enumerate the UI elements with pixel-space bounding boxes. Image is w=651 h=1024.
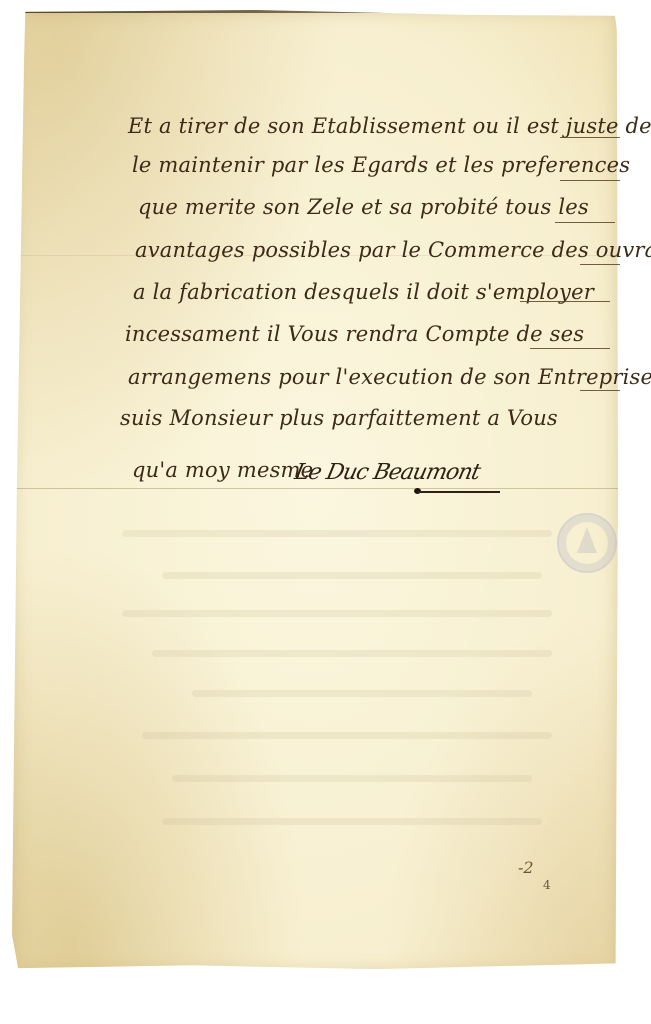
line-end-rule — [580, 264, 620, 265]
bleed-through-text — [152, 650, 552, 657]
line-end-rule — [555, 222, 615, 223]
horizontal-fold-line — [12, 488, 618, 489]
line-end-rule — [560, 137, 620, 138]
bleed-through-text — [192, 690, 532, 697]
text-line-8: suis Monsieur plus parfaittement a Vous — [120, 406, 558, 430]
text-line-9: qu'a moy mesme — [132, 458, 313, 482]
bleed-through-text — [122, 530, 552, 537]
line-end-rule — [580, 390, 620, 391]
text-line-4: avantages possibles par le Commerce des … — [135, 238, 651, 262]
page-mark-sub: 4 — [543, 878, 551, 892]
bleed-through-text — [172, 775, 532, 782]
line-end-rule — [530, 348, 610, 349]
library-seal-stamp-icon — [557, 513, 617, 573]
bleed-through-text — [122, 610, 552, 617]
text-line-7: arrangemens pour l'execution de son Entr… — [128, 365, 651, 389]
text-line-1: Et a tirer de son Etablissement ou il es… — [128, 114, 651, 138]
bleed-through-text — [142, 732, 552, 739]
line-end-rule — [520, 301, 610, 302]
signature-flourish — [418, 491, 500, 493]
text-line-3: que merite son Zele et sa probité tous l… — [138, 195, 589, 219]
text-line-6: incessament il Vous rendra Compte de ses — [125, 322, 584, 346]
signature: Le Duc Beaumont — [292, 460, 482, 485]
bleed-through-text — [162, 572, 542, 579]
scanned-page: Et a tirer de son Etablissement ou il es… — [0, 0, 651, 1024]
text-line-2: le maintenir par les Egards et les prefe… — [132, 153, 630, 177]
bleed-through-text — [162, 818, 542, 825]
page-mark: -2 — [518, 858, 534, 877]
line-end-rule — [560, 180, 620, 181]
